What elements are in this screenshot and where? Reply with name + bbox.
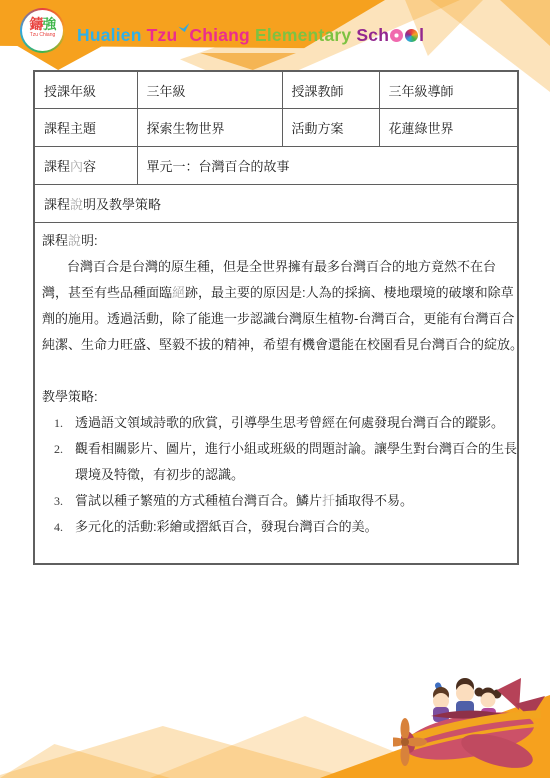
theme-label-cell: 課程主題 <box>34 109 137 147</box>
course-description-cell: 課程說明: 台灣百合是台灣的原生種，但是全世界擁有最多台灣百合的地方竟然不在台灣… <box>34 223 518 565</box>
description-paragraph: 台灣百合是台灣的原生種，但是全世界擁有最多台灣百合的地方竟然不在台灣，甚至有些品… <box>42 254 512 358</box>
strategy-item: 1. 透過語文領域詩歌的欣賞，引導學生思考曾經在何處發現台灣百合的蹤影。 <box>42 410 512 436</box>
school-title-mid: Chiang Elementary Sch <box>189 25 389 45</box>
bird-icon <box>178 23 189 32</box>
teacher-value-cell: 三年級導師 <box>379 71 518 109</box>
strategy-item-text: 嘗試以種子繁殖的方式種植台灣百合。鱗片扦插取得不易。 <box>75 488 512 514</box>
list-number: 2. <box>54 436 63 462</box>
airplane-illustration <box>393 676 548 772</box>
strategy-item-text: 透過語文領域詩歌的欣賞，引導學生思考曾經在何處發現台灣百合的蹤影。 <box>75 410 512 436</box>
school-logo: 鑄強 Tzu Chiang <box>20 8 65 53</box>
table-row-content: 課程內容 單元一：台灣百合的故事 <box>34 147 518 185</box>
table-row-body: 課程說明: 台灣百合是台灣的原生種，但是全世界擁有最多台灣百合的地方竟然不在台灣… <box>34 223 518 565</box>
table-row-section-title: 課程說明及教學策略 <box>34 185 518 223</box>
plan-label-cell: 活動方案 <box>282 109 379 147</box>
teacher-label-cell: 授課教師 <box>282 71 379 109</box>
strategy-item: 2. 觀看相關影片、圖片，進行小組或班級的問題討論。讓學生對台灣百合的生長環境及… <box>42 436 512 488</box>
description-heading: 課程說明: <box>42 228 512 254</box>
spacer <box>42 358 512 384</box>
grade-label-cell: 授課年級 <box>34 71 137 109</box>
grade-value-cell: 三年級 <box>137 71 282 109</box>
school-title-left: Hualien Tzu <box>77 25 177 45</box>
lesson-plan-table: 授課年級 三年級 授課教師 三年級導師 課程主題 探索生物世界 活動方案 花蓮綠… <box>33 70 519 565</box>
strategy-item: 3. 嘗試以種子繁殖的方式種植台灣百合。鱗片扦插取得不易。 <box>42 488 512 514</box>
section-title-cell: 課程說明及教學策略 <box>34 185 518 223</box>
flower-o-icon <box>390 29 403 42</box>
plan-value-cell: 花蓮綠世界 <box>379 109 518 147</box>
strategy-item-text: 多元化的活動:彩繪或摺紙百合，發現台灣百合的美。 <box>75 514 512 540</box>
strategy-item: 4. 多元化的活動:彩繪或摺紙百合，發現台灣百合的美。 <box>42 514 512 540</box>
school-title: Hualien TzuChiang Elementary Schl <box>77 25 424 46</box>
document-page: 鑄強 Tzu Chiang Hualien TzuChiang Elementa… <box>0 0 550 778</box>
table-row-grade: 授課年級 三年級 授課教師 三年級導師 <box>34 71 518 109</box>
school-title-right: l <box>419 25 424 45</box>
list-number: 4. <box>54 514 63 540</box>
content-label-cell: 課程內容 <box>34 147 137 185</box>
school-logo-emblem: 鑄強 Tzu Chiang <box>22 10 63 51</box>
unit-title-cell: 單元一：台灣百合的故事 <box>137 147 518 185</box>
strategy-item-text: 觀看相關影片、圖片，進行小組或班級的問題討論。讓學生對台灣百合的生長環境及特徵，… <box>75 436 512 488</box>
theme-value-cell: 探索生物世界 <box>137 109 282 147</box>
school-logo-subtitle: Tzu Chiang <box>22 31 63 39</box>
list-number: 1. <box>54 410 63 436</box>
flower-pinwheel-icon <box>405 29 418 42</box>
school-logo-glyphs: 鑄強 <box>22 17 63 31</box>
list-number: 3. <box>54 488 63 514</box>
strategy-heading: 教學策略: <box>42 384 512 410</box>
table-row-theme: 課程主題 探索生物世界 活動方案 花蓮綠世界 <box>34 109 518 147</box>
